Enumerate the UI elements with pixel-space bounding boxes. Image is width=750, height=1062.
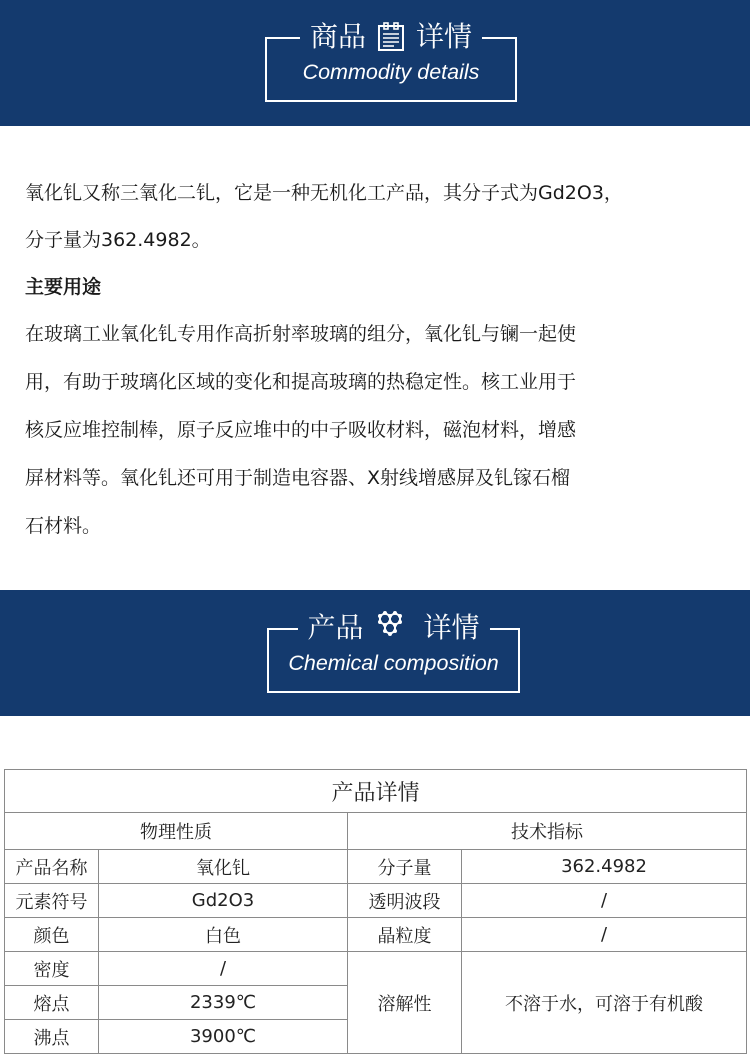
row-label: 颜色 xyxy=(5,918,99,952)
banner-title-left: 产品 xyxy=(307,610,363,646)
tech-value: / xyxy=(462,884,747,918)
banner-subtitle: Commodity details xyxy=(267,59,515,85)
tech-label: 透明波段 xyxy=(348,884,462,918)
row-value: 氧化钆 xyxy=(99,850,348,884)
row-value: 白色 xyxy=(99,918,348,952)
banner-title: 产品 详情 xyxy=(297,610,489,646)
tech-value: 362.4982 xyxy=(462,850,747,884)
row-value: Gd2O3 xyxy=(99,884,348,918)
row-label: 元素符号 xyxy=(5,884,99,918)
notepad-icon xyxy=(376,22,406,52)
table-title-row: 产品详情 xyxy=(5,770,747,813)
group-physical-properties: 物理性质 xyxy=(5,813,348,850)
usage-line: 核反应堆控制棒，原子反应堆中的中子吸收材料，磁泡材料，增感 xyxy=(25,406,725,454)
banner-frame: 商品 详情 Commodity details xyxy=(265,37,517,102)
usage-paragraph: 在玻璃工业氧化钆专用作高折射率玻璃的组分，氧化钆与镧一起使 用，有助于玻璃化区域… xyxy=(25,310,725,550)
table-row: 元素符号 Gd2O3 透明波段 / xyxy=(5,884,747,918)
product-spec-table: 产品详情 物理性质 技术指标 产品名称 氧化钆 分子量 362.4982 元素符… xyxy=(4,769,747,1054)
usage-line: 用，有助于玻璃化区域的变化和提高玻璃的热稳定性。核工业用于 xyxy=(25,358,725,406)
molecule-icon xyxy=(374,610,414,646)
table-row: 颜色 白色 晶粒度 / xyxy=(5,918,747,952)
intro-line-1: 氧化钆又称三氧化二钆，它是一种无机化工产品，其分子式为Gd2O3， xyxy=(25,170,750,217)
commodity-details-banner: 商品 详情 Commodity details xyxy=(0,0,750,126)
row-value: 3900℃ xyxy=(99,1020,348,1054)
usage-line: 在玻璃工业氧化钆专用作高折射率玻璃的组分，氧化钆与镧一起使 xyxy=(25,310,725,358)
usage-heading: 主要用途 xyxy=(25,264,750,311)
banner-title-left: 商品 xyxy=(310,19,366,55)
row-label: 沸点 xyxy=(5,1020,99,1054)
usage-line: 石材料。 xyxy=(25,502,725,550)
table-row: 密度 / 溶解性 不溶于水，可溶于有机酸 xyxy=(5,952,747,986)
banner-title-right: 详情 xyxy=(424,610,480,646)
banner-title: 商品 详情 xyxy=(300,19,482,55)
row-value: 2339℃ xyxy=(99,986,348,1020)
table-group-row: 物理性质 技术指标 xyxy=(5,813,747,850)
row-label: 熔点 xyxy=(5,986,99,1020)
banner-title-right: 详情 xyxy=(416,19,472,55)
tech-label: 分子量 xyxy=(348,850,462,884)
group-technical-specs: 技术指标 xyxy=(348,813,747,850)
chemical-composition-banner: 产品 详情 xyxy=(0,590,750,716)
row-value: / xyxy=(99,952,348,986)
intro-line-2: 分子量为362.4982。 xyxy=(25,217,750,264)
tech-value: / xyxy=(462,918,747,952)
banner-frame: 产品 详情 xyxy=(267,628,520,693)
row-label: 密度 xyxy=(5,952,99,986)
tech-label: 晶粒度 xyxy=(348,918,462,952)
usage-line: 屏材料等。氧化钆还可用于制造电容器、X射线增感屏及钆镓石榴 xyxy=(25,454,725,502)
row-label: 产品名称 xyxy=(5,850,99,884)
table-row: 产品名称 氧化钆 分子量 362.4982 xyxy=(5,850,747,884)
tech-value: 不溶于水，可溶于有机酸 xyxy=(462,952,747,1054)
tech-label: 溶解性 xyxy=(348,952,462,1054)
banner-subtitle: Chemical composition xyxy=(269,650,518,676)
intro-section: 氧化钆又称三氧化二钆，它是一种无机化工产品，其分子式为Gd2O3， 分子量为36… xyxy=(25,170,750,311)
table-title: 产品详情 xyxy=(5,770,747,813)
